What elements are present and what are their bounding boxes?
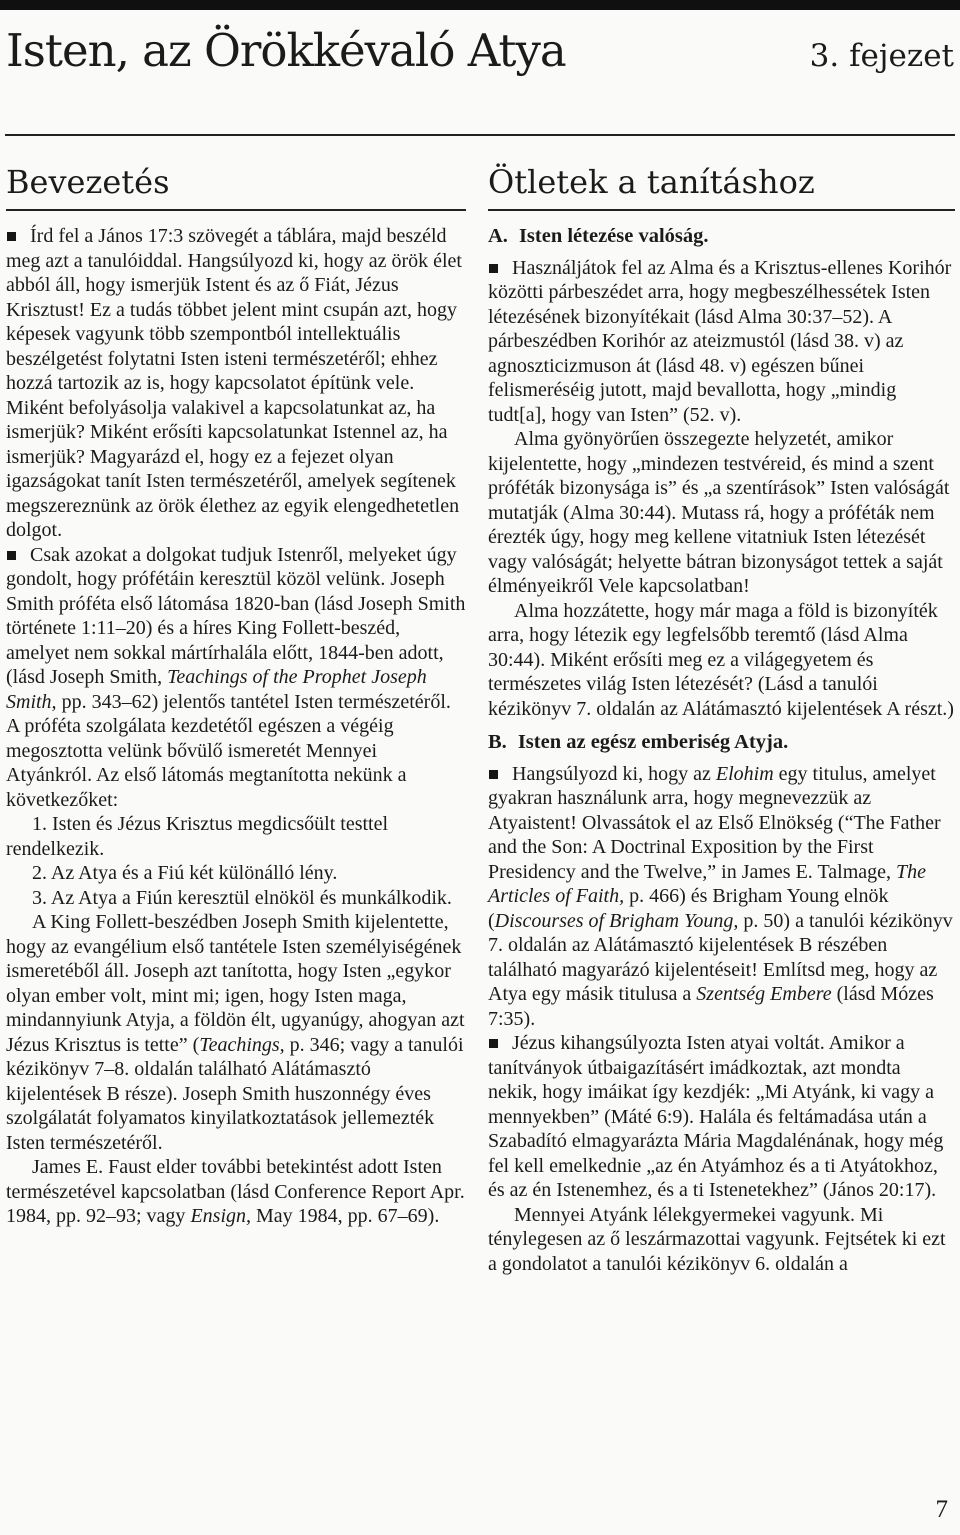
italic-text-run: Discourses of Brigham Young, [495,910,739,932]
text-run: 1. Isten és Jézus Krisztus megdicsőült t… [6,813,388,860]
bullet-paragraph: Jézus kihangsúlyozta Isten atyai voltát.… [488,1031,955,1203]
text-run: 3. Az Atya a Fiún keresztül elnököl és m… [32,887,452,909]
bullet-paragraph: Írd fel a János 17:3 szövegét a táblára,… [6,224,466,543]
italic-text-run: Elohim [716,763,774,785]
italic-text-run: Teachings, [199,1034,284,1056]
bullet-square-icon [7,232,16,241]
text-run: Hangsúlyozd ki, hogy az [512,763,716,785]
section-heading: A.Isten létezése valóság. [488,224,955,249]
intro-heading: Bevezetés [6,164,466,211]
bullet-square-icon [489,1039,498,1048]
page-number: 7 [936,1496,949,1524]
italic-text-run: Szentség Embere [696,983,831,1005]
bullet-paragraph: Csak azokat a dolgokat tudjuk Istenről, … [6,543,466,813]
text-run: Jézus kihangsúlyozta Isten atyai voltát.… [488,1032,943,1201]
text-run: Alma gyönyörűen összegezte helyzetét, am… [488,428,949,597]
section-label: A. [488,225,508,247]
bullet-square-icon [489,264,498,273]
manual-page: Isten, az Örökkévaló Atya 3. fejezet Bev… [0,0,960,1535]
text-run: May 1984, pp. 67–69). [251,1205,439,1227]
paragraph: 1. Isten és Jézus Krisztus megdicsőült t… [6,812,466,861]
text-run: Mennyei Atyánk lélekgyermekei vagyunk. M… [488,1204,946,1275]
teaching-ideas-heading: Ötletek a tanításhoz [488,164,955,211]
section-title: Isten az egész emberiség Atyja. [518,731,788,753]
text-run: pp. 343–62) jelentős tantétel Isten term… [6,691,451,811]
teaching-ideas-body: A.Isten létezése valóság.Használjátok fe… [488,224,955,1276]
text-run: Használjátok fel az Alma és a Krisztus-e… [488,257,951,426]
text-run: Alma hozzátette, hogy már maga a föld is… [488,600,954,720]
section-label: B. [488,731,507,753]
section-heading: B.Isten az egész emberiség Atyja. [488,730,955,755]
paragraph: Alma gyönyörűen összegezte helyzetét, am… [488,427,955,599]
chapter-label: 3. fejezet [810,39,954,73]
content-columns: Bevezetés Írd fel a János 17:3 szövegét … [6,164,955,1276]
section-title: Isten létezése valóság. [519,225,709,247]
paragraph: Alma hozzátette, hogy már maga a föld is… [488,599,955,722]
text-run: 2. Az Atya és a Fiú két különálló lény. [32,862,337,884]
text-run: Írd fel a János 17:3 szövegét a táblára,… [6,225,462,541]
bullet-square-icon [7,551,16,560]
paragraph: A King Follett-beszédben Joseph Smith ki… [6,910,466,1155]
paragraph: Mennyei Atyánk lélekgyermekei vagyunk. M… [488,1203,955,1277]
paragraph: James E. Faust elder további betekintést… [6,1155,466,1229]
top-bar [0,0,960,10]
paragraph: 3. Az Atya a Fiún keresztül elnököl és m… [6,886,466,911]
paragraph: 2. Az Atya és a Fiú két különálló lény. [6,861,466,886]
bullet-paragraph: Használjátok fel az Alma és a Krisztus-e… [488,256,955,428]
header-rule [5,134,955,136]
intro-body: Írd fel a János 17:3 szövegét a táblára,… [6,224,466,1229]
bullet-paragraph: Hangsúlyozd ki, hogy az Elohim egy titul… [488,762,955,1032]
italic-text-run: Ensign, [190,1205,251,1227]
page-header: Isten, az Örökkévaló Atya 3. fejezet [0,10,960,76]
intro-column: Bevezetés Írd fel a János 17:3 szövegét … [6,164,466,1276]
teaching-ideas-column: Ötletek a tanításhoz A.Isten létezése va… [488,164,955,1276]
page-title: Isten, az Örökkévaló Atya [6,26,566,76]
bullet-square-icon [489,770,498,779]
